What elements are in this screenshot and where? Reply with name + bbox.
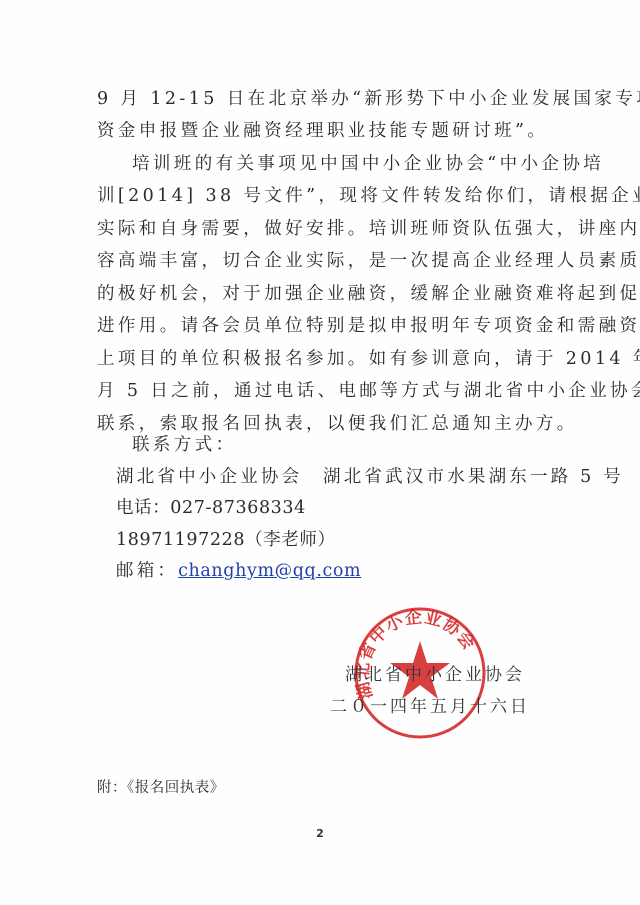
email-link[interactable]: changhym@qq.com: [178, 561, 361, 581]
contact-heading: 联系方式：: [132, 434, 582, 456]
body-line-3: 培训班的有关事项见中国中小企业协会“中小企协培: [132, 153, 582, 175]
page-number: 2: [0, 827, 640, 840]
email-label: 邮箱：: [116, 561, 178, 581]
body-line-9: 上项目的单位积极报名参加。如有参训意向，请于 2014 年 9: [97, 348, 547, 370]
contact-email-row: 邮箱：changhym@qq.com: [116, 560, 566, 582]
contact-mobile: 18971197228（李老师）: [116, 529, 566, 551]
body-line-1: 9 月 12-15 日在北京举办“新形势下中小企业发展国家专项: [97, 88, 547, 110]
body-line-2: 资金申报暨企业融资经理职业技能专题研讨班”。: [97, 120, 547, 142]
contact-phone: 电话：027-87368334: [116, 497, 566, 519]
document-page: 9 月 12-15 日在北京举办“新形势下中小企业发展国家专项 资金申报暨企业融…: [0, 0, 640, 905]
body-line-5: 实际和自身需要，做好安排。培训班师资队伍强大，讲座内: [97, 218, 547, 240]
body-line-11: 联系，索取报名回执表，以便我们汇总通知主办方。: [97, 413, 547, 435]
body-line-4: 训[2014] 38 号文件”，现将文件转发给你们，请根据企业: [97, 185, 547, 207]
attachment-note: 附：《报名回执表》: [97, 778, 225, 798]
body-line-10: 月 5 日之前，通过电话、电邮等方式与湖北省中小企业协会: [97, 380, 547, 402]
signature-organization: 湖北省中小企业协会: [345, 664, 525, 686]
signature-date: 二０一四年五月十六日: [330, 696, 530, 718]
body-line-7: 的极好机会，对于加强企业融资，缓解企业融资难将起到促: [97, 283, 547, 305]
body-line-6: 容高端丰富，切合企业实际，是一次提高企业经理人员素质: [97, 250, 547, 272]
body-line-8: 进作用。请各会员单位特别是拟申报明年专项资金和需融资: [97, 315, 547, 337]
contact-org-address: 湖北省中小企业协会 湖北省武汉市水果湖东一路 5 号: [116, 466, 566, 488]
